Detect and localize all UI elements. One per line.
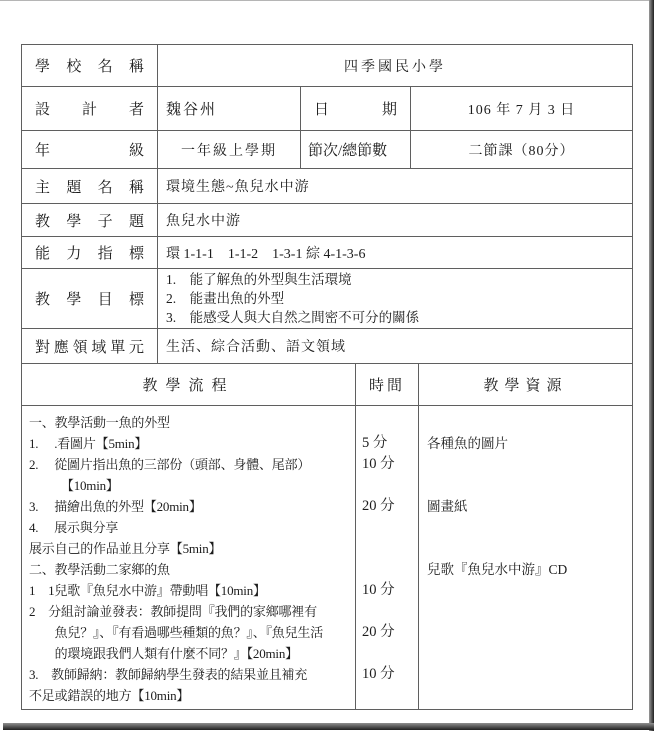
row-objectives: 教學目標 1. 能了解魚的外型與生活環境2. 能畫出魚的外型3. 能感受人與大自…: [22, 269, 632, 329]
sessions-value: 二節課（80分）: [411, 131, 632, 168]
row-flow-header: 教學流程 時間 教學資源: [22, 364, 632, 406]
school-name-value: 四季國民小學: [158, 45, 632, 86]
indicators-label-text: 能力指標: [35, 242, 144, 263]
grade-value: 一年級上學期: [158, 131, 301, 168]
subtopic-label-text: 教學子題: [35, 210, 144, 231]
objectives-value: 1. 能了解魚的外型與生活環境2. 能畫出魚的外型3. 能感受人與大自然之間密不…: [158, 269, 632, 328]
date-label: 日期: [301, 87, 411, 130]
time-header-label: 時間: [356, 364, 419, 405]
row-flow-content: 一、教學活動一魚的外型1. .看圖片【5min】2. 從圖片指出魚的三部份（頭部…: [22, 406, 632, 709]
time-cell: 5 分10 分20 分10 分20 分10 分: [356, 406, 419, 709]
row-designer-date: 設計者 魏谷州 日期 106 年 7 月 3 日: [22, 87, 632, 131]
domains-value: 生活、綜合活動、語文領域: [158, 329, 632, 363]
row-grade-sessions: 年級 一年級上學期 節次/總節數 二節課（80分）: [22, 131, 632, 169]
row-school: 學校名稱 四季國民小學: [22, 45, 632, 87]
designer-value: 魏谷州: [158, 87, 301, 130]
page-edge-top-line: [0, 0, 652, 1]
grade-label: 年級: [22, 131, 158, 168]
page-shadow-bottom: [3, 723, 654, 730]
row-indicators: 能力指標 環 1-1-1 1-1-2 1-3-1 綜 4-1-3-6: [22, 237, 632, 269]
date-label-text: 日期: [314, 98, 397, 119]
resource-header-label: 教學資源: [419, 364, 632, 405]
teaching-flow-cell: 一、教學活動一魚的外型1. .看圖片【5min】2. 從圖片指出魚的三部份（頭部…: [22, 406, 356, 709]
row-domains: 對應領域單元 生活、綜合活動、語文領域: [22, 329, 632, 364]
subtopic-label: 教學子題: [22, 204, 158, 236]
subtopic-value: 魚兒水中游: [158, 204, 632, 236]
designer-label-text: 設計者: [35, 98, 144, 119]
school-name-label-text: 學校名稱: [35, 55, 144, 76]
page-shadow-right: [649, 0, 654, 731]
theme-label: 主題名稱: [22, 169, 158, 203]
flow-header-label: 教學流程: [22, 364, 356, 405]
date-value: 106 年 7 月 3 日: [411, 87, 632, 130]
domains-label-text: 對應領域單元: [35, 336, 144, 357]
lesson-plan-page: 學校名稱 四季國民小學 設計者 魏谷州 日期 106 年 7 月 3 日 年級 …: [0, 0, 655, 736]
designer-label: 設計者: [22, 87, 158, 130]
lesson-plan-table: 學校名稱 四季國民小學 設計者 魏谷州 日期 106 年 7 月 3 日 年級 …: [21, 44, 633, 710]
sessions-label: 節次/總節數: [301, 131, 411, 168]
objectives-list: 1. 能了解魚的外型與生活環境2. 能畫出魚的外型3. 能感受人與大自然之間密不…: [158, 270, 419, 327]
resource-cell: 各種魚的圖片圖畫紙兒歌『魚兒水中游』CD: [419, 406, 632, 709]
indicators-value: 環 1-1-1 1-1-2 1-3-1 綜 4-1-3-6: [158, 237, 632, 268]
grade-label-text: 年級: [35, 139, 144, 160]
objectives-label: 教學目標: [22, 269, 158, 328]
theme-label-text: 主題名稱: [35, 176, 144, 197]
sessions-label-text: 節次/總節數: [308, 139, 387, 160]
objectives-label-text: 教學目標: [35, 288, 144, 309]
domains-label: 對應領域單元: [22, 329, 158, 363]
row-theme: 主題名稱 環境生態~魚兒水中游: [22, 169, 632, 204]
row-subtopic: 教學子題 魚兒水中游: [22, 204, 632, 237]
theme-value: 環境生態~魚兒水中游: [158, 169, 632, 203]
school-name-label: 學校名稱: [22, 45, 158, 86]
indicators-label: 能力指標: [22, 237, 158, 268]
